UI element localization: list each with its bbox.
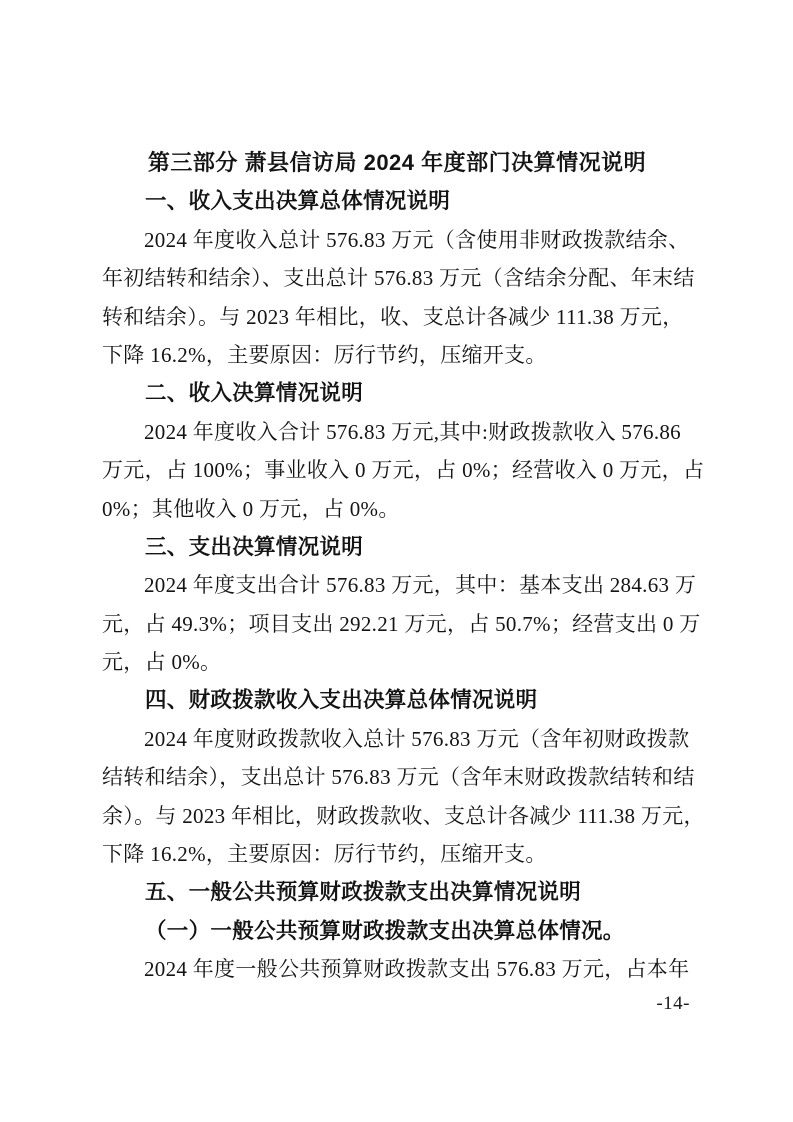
paragraph-line: 元，占 0%。 — [102, 643, 692, 681]
document-body: 第三部分 萧县信访局 2024 年度部门决算情况说明 一、收入支出决算总体情况说… — [102, 144, 692, 989]
paragraph-line: 下降 16.2%，主要原因：厉行节约，压缩开支。 — [102, 835, 692, 873]
section-5-1-subheading: （一）一般公共预算财政拨款支出决算总体情况。 — [102, 912, 692, 950]
page-number: -14- — [656, 992, 690, 1016]
section-4-heading: 四、财政拨款收入支出决算总体情况说明 — [102, 681, 692, 719]
paragraph-line: 余）。与 2023 年相比，财政拨款收、支总计各减少 111.38 万元， — [102, 797, 692, 835]
document-page: 第三部分 萧县信访局 2024 年度部门决算情况说明 一、收入支出决算总体情况说… — [0, 0, 793, 1122]
paragraph-line: 结转和结余），支出总计 576.83 万元（含年末财政拨款结转和结 — [102, 758, 692, 796]
paragraph-line: 元，占 49.3%；项目支出 292.21 万元，占 50.7%；经营支出 0 … — [102, 605, 692, 643]
paragraph-line: 2024 年度财政拨款收入总计 576.83 万元（含年初财政拨款 — [102, 720, 692, 758]
section-1-heading: 一、收入支出决算总体情况说明 — [102, 182, 692, 220]
paragraph-line: 万元，占 100%；事业收入 0 万元，占 0%；经营收入 0 万元，占 — [102, 451, 692, 489]
paragraph-line: 下降 16.2%，主要原因：厉行节约，压缩开支。 — [102, 336, 692, 374]
paragraph-line: 2024 年度支出合计 576.83 万元，其中：基本支出 284.63 万 — [102, 566, 692, 604]
paragraph-line: 2024 年度一般公共预算财政拨款支出 576.83 万元，占本年 — [102, 950, 692, 988]
section-2-heading: 二、收入决算情况说明 — [102, 374, 692, 412]
paragraph-line: 2024 年度收入总计 576.83 万元（含使用非财政拨款结余、 — [102, 221, 692, 259]
section-3-heading: 三、支出决算情况说明 — [102, 528, 692, 566]
paragraph-line: 2024 年度收入合计 576.83 万元,其中:财政拨款收入 576.86 — [102, 413, 692, 451]
section-5-heading: 五、一般公共预算财政拨款支出决算情况说明 — [102, 873, 692, 911]
document-title: 第三部分 萧县信访局 2024 年度部门决算情况说明 — [102, 144, 692, 182]
paragraph-line: 0%；其他收入 0 万元，占 0%。 — [102, 490, 692, 528]
paragraph-line: 年初结转和结余）、支出总计 576.83 万元（含结余分配、年末结 — [102, 259, 692, 297]
paragraph-line: 转和结余）。与 2023 年相比，收、支总计各减少 111.38 万元， — [102, 298, 692, 336]
